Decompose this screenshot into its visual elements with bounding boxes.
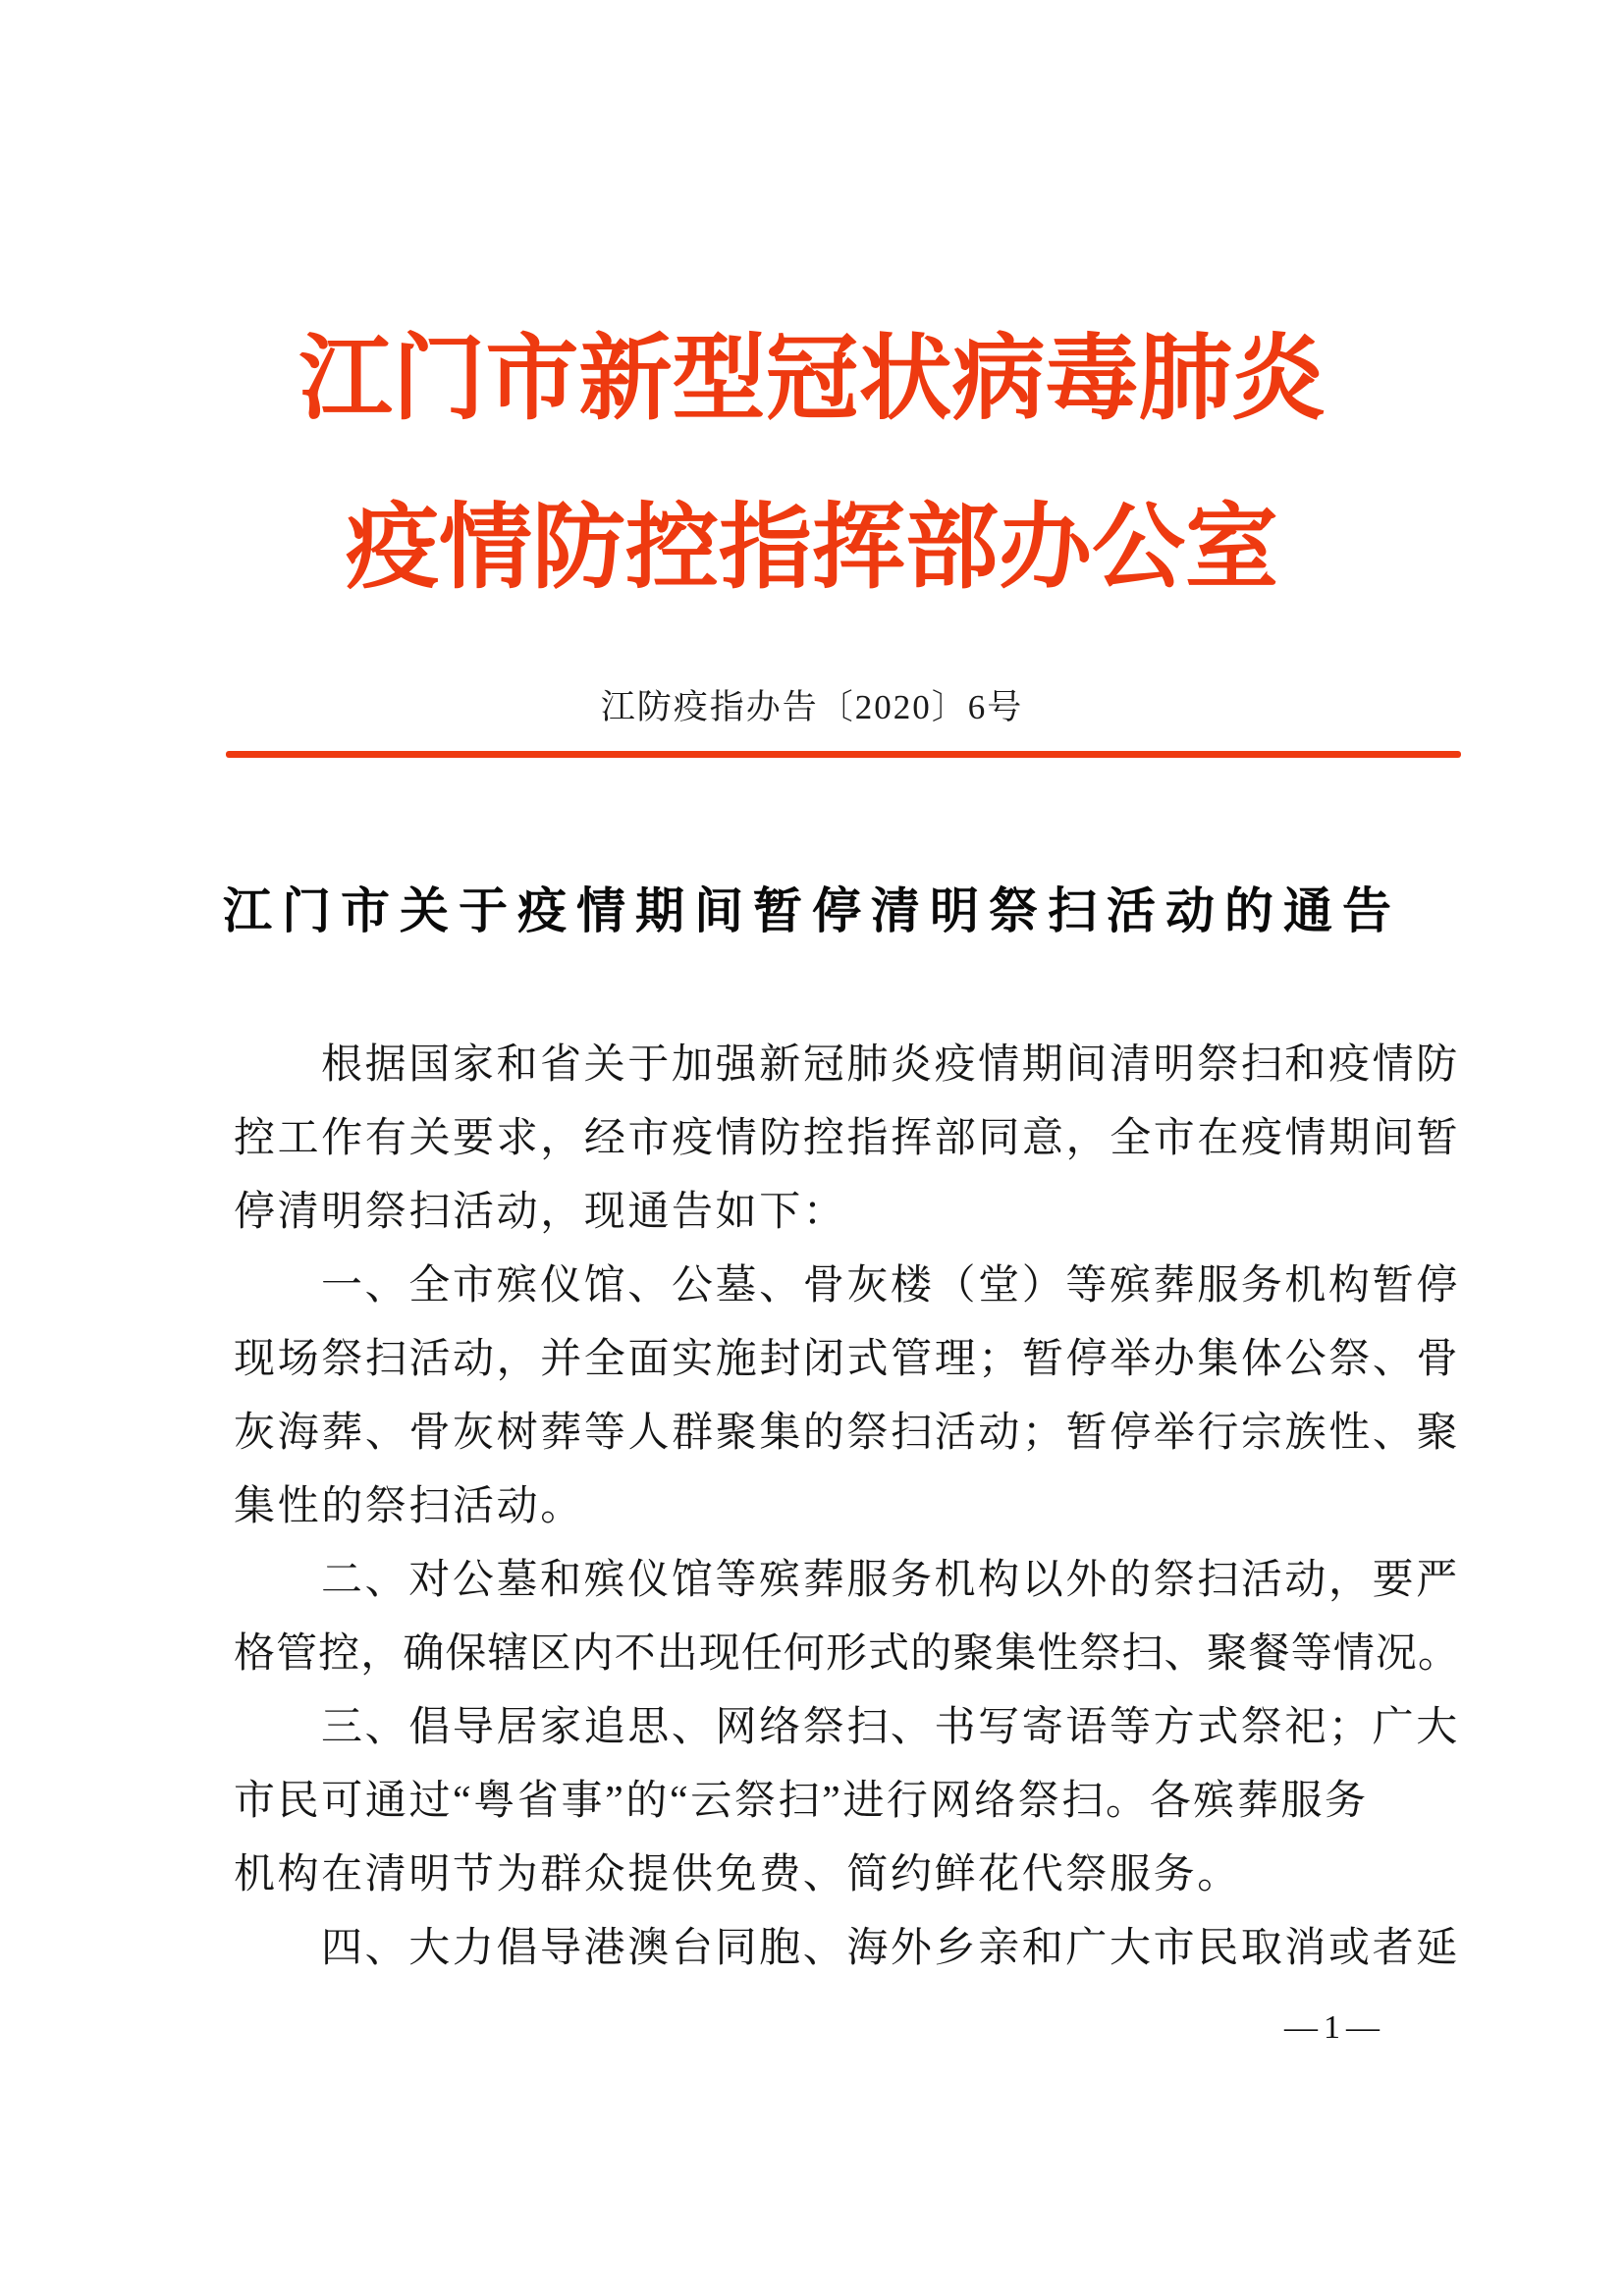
body-line: 集性的祭扫活动。: [234, 1470, 1460, 1544]
doc-number: 江防疫指办告〔2020〕6号: [0, 683, 1624, 731]
org-title-line1: 江门市新型冠状病毒肺炎: [0, 294, 1624, 463]
body-line: 现场祭扫活动，并全面实施封闭式管理；暂停举办集体公祭、骨: [234, 1323, 1460, 1397]
body-line: 根据国家和省关于加强新冠肺炎疫情期间清明祭扫和疫情防: [234, 1029, 1460, 1102]
body-line: 灰海葬、骨灰树葬等人群聚集的祭扫活动；暂停举行宗族性、聚: [234, 1397, 1460, 1470]
issuing-org-title: 江门市新型冠状病毒肺炎 疫情防控指挥部办公室: [0, 294, 1624, 632]
body-line: 停清明祭扫活动，现通告如下：: [234, 1176, 1460, 1250]
body-line: 控工作有关要求，经市疫情防控指挥部同意，全市在疫情期间暂: [234, 1102, 1460, 1176]
body-line: 格管控，确保辖区内不出现任何形式的聚集性祭扫、聚餐等情况。: [234, 1618, 1460, 1691]
body-line: 一、全市殡仪馆、公墓、骨灰楼（堂）等殡葬服务机构暂停: [234, 1250, 1460, 1323]
body-line: 机构在清明节为群众提供免费、简约鲜花代祭服务。: [234, 1839, 1460, 1912]
notice-body: 根据国家和省关于加强新冠肺炎疫情期间清明祭扫和疫情防控工作有关要求，经市疫情防控…: [234, 1029, 1460, 1986]
page-number: —1—: [1284, 2008, 1385, 2048]
notice-title: 江门市关于疫情期间暂停清明祭扫活动的通告: [0, 881, 1624, 940]
red-divider-rule: [226, 751, 1461, 758]
document-page: 江门市新型冠状病毒肺炎 疫情防控指挥部办公室 江防疫指办告〔2020〕6号 江门…: [0, 0, 1624, 2296]
body-line: 三、倡导居家追思、网络祭扫、书写寄语等方式祭祀；广大: [234, 1691, 1460, 1765]
body-line: 四、大力倡导港澳台同胞、海外乡亲和广大市民取消或者延: [234, 1912, 1460, 1986]
org-title-line2: 疫情防控指挥部办公室: [0, 463, 1624, 632]
body-line: 市民可通过“粤省事”的“云祭扫”进行网络祭扫。各殡葬服务: [234, 1765, 1460, 1839]
body-line: 二、对公墓和殡仪馆等殡葬服务机构以外的祭扫活动，要严: [234, 1544, 1460, 1618]
